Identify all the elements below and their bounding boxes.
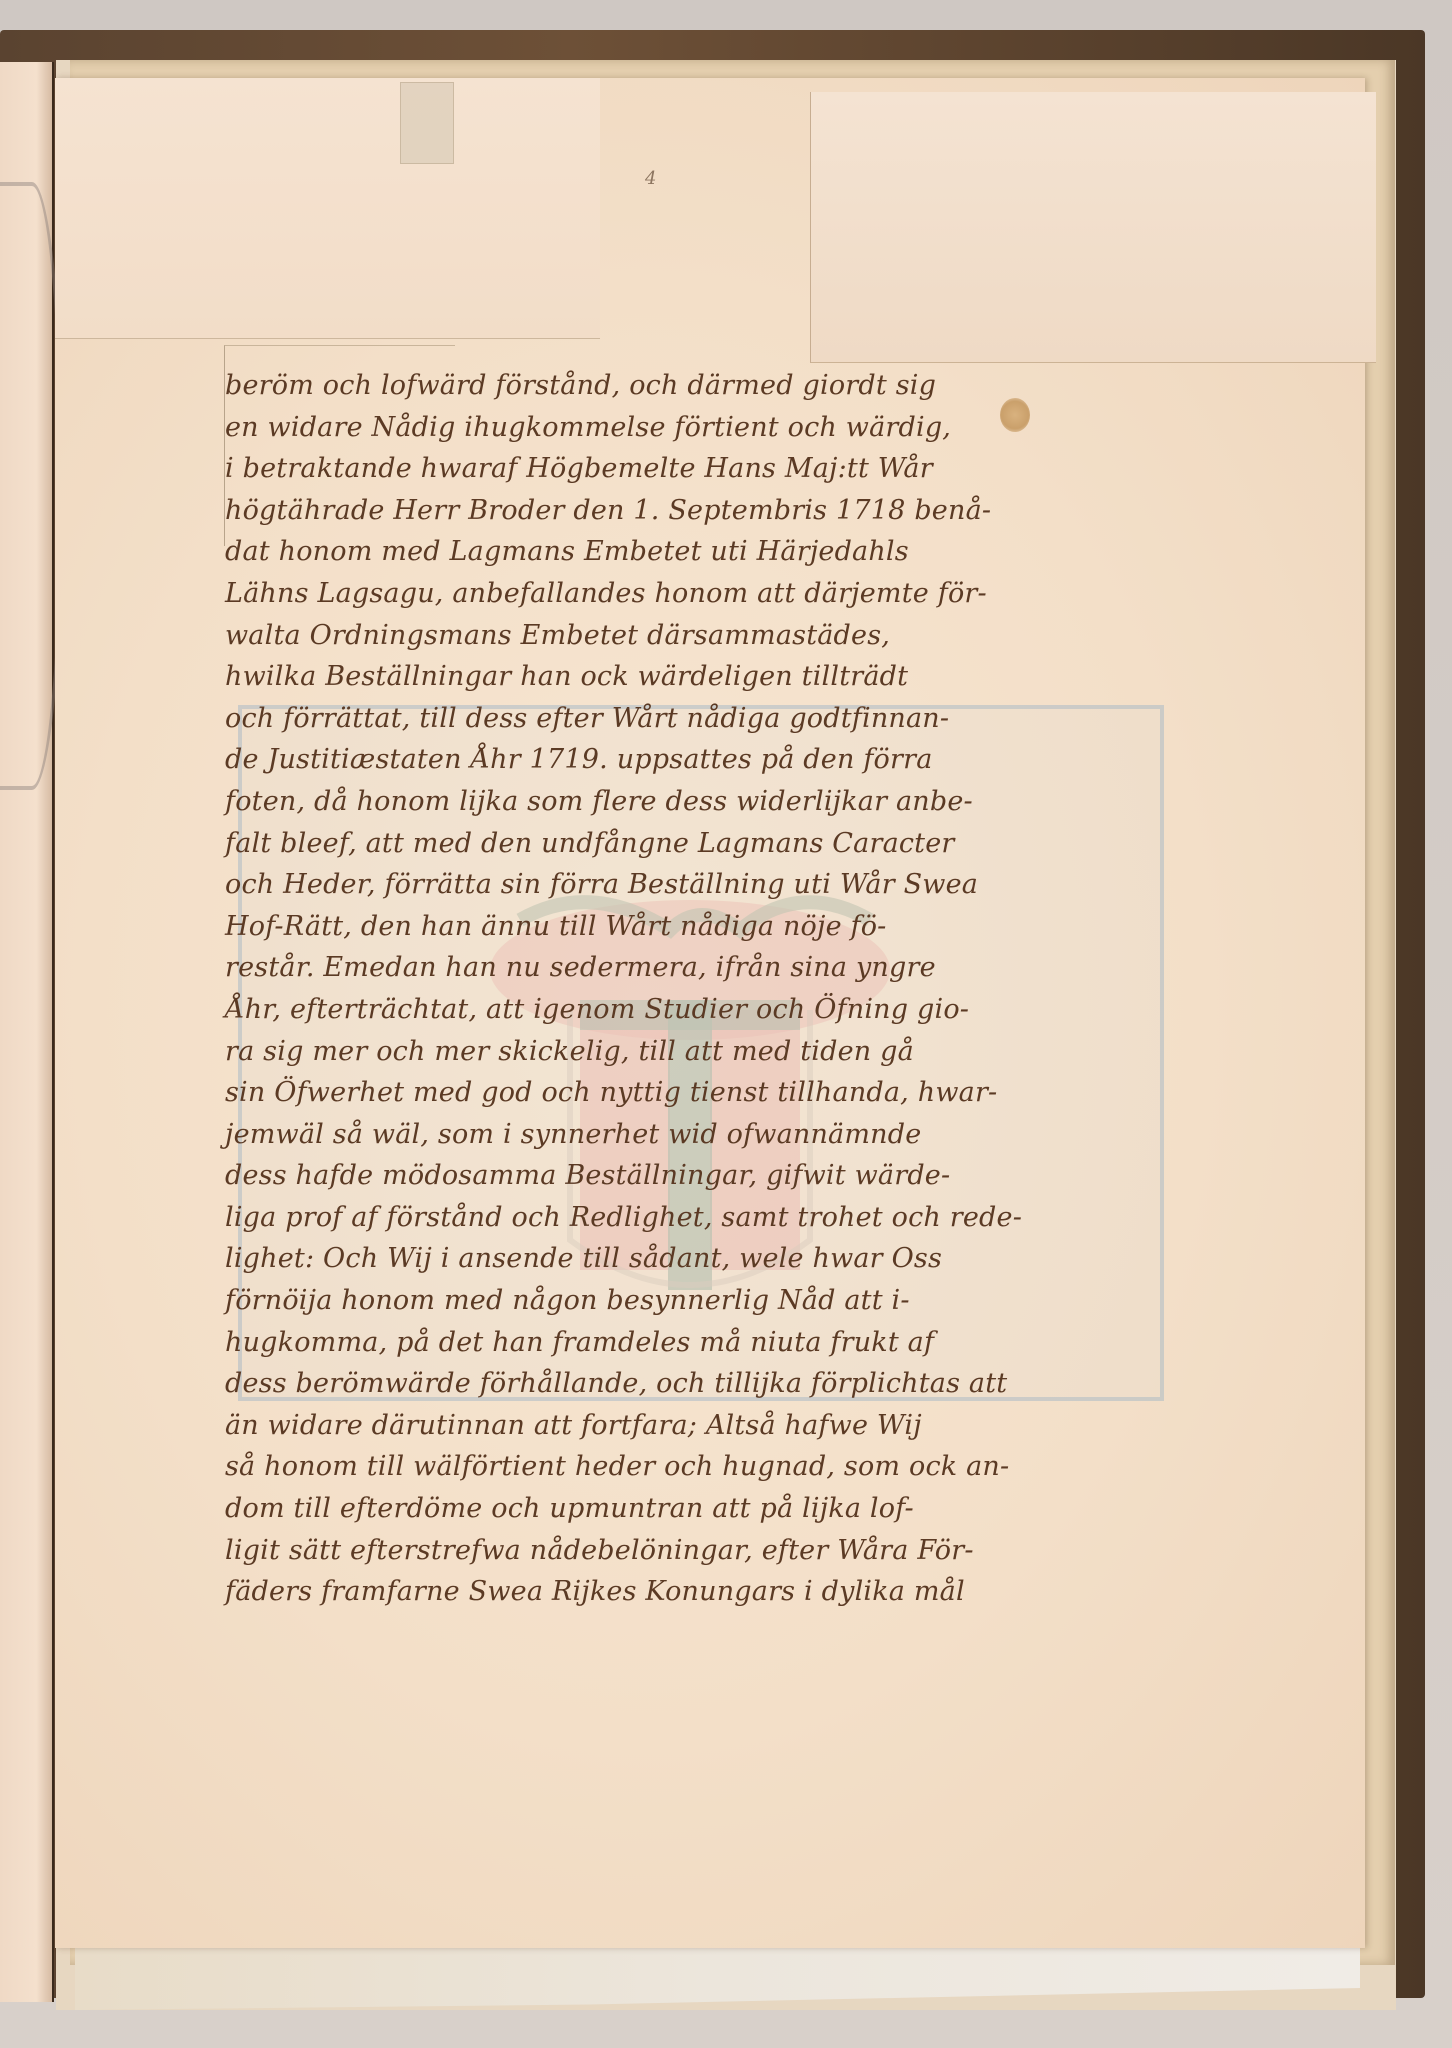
- text-line: förnöija honom med någon besynnerlig Nåd…: [225, 1280, 1165, 1322]
- text-line: restår. Emedan han nu sedermera, ifrån s…: [225, 947, 1165, 989]
- text-line: dat honom med Lagmans Embetet uti Härjed…: [225, 531, 1165, 573]
- text-line: dess hafde mödosamma Beställningar, gifw…: [225, 1155, 1165, 1197]
- text-line: jemwäl så wäl, som i synnerhet wid ofwan…: [225, 1114, 1165, 1156]
- text-line: liga prof af förstånd och Redlighet, sam…: [225, 1197, 1165, 1239]
- text-line: Hof-Rätt, den han ännu till Wårt nådiga …: [225, 906, 1165, 948]
- repair-tape: [400, 82, 454, 164]
- text-line: de Justitiæstaten Åhr 1719. uppsattes på…: [225, 739, 1165, 781]
- text-line: dom till efterdöme och upmuntran att på …: [225, 1488, 1165, 1530]
- text-line: foten, då honom lijka som flere dess wid…: [225, 781, 1165, 823]
- manuscript-text: beröm och lofwärd förstånd, och därmed g…: [225, 365, 1165, 1613]
- text-line: Åhr, efterträchtat, att igenom Studier o…: [225, 989, 1165, 1031]
- text-line: falt bleef, att med den undfångne Lagman…: [225, 823, 1165, 865]
- pasted-flap-right: [810, 92, 1376, 363]
- text-line: än widare därutinnan att fortfara; Altså…: [225, 1405, 1165, 1447]
- text-line: högtährade Herr Broder den 1. Septembris…: [225, 490, 1165, 532]
- text-line: sin Öfwerhet med god och nyttig tienst t…: [225, 1072, 1165, 1114]
- text-line: walta Ordningsmans Embetet därsammastäde…: [225, 615, 1165, 657]
- text-line: i betraktande hwaraf Högbemelte Hans Maj…: [225, 448, 1165, 490]
- text-line: ligit sätt efterstrefwa nådebelöningar, …: [225, 1530, 1165, 1572]
- left-facing-page: [0, 62, 54, 2002]
- text-line: dess berömwärde förhållande, och tillijk…: [225, 1363, 1165, 1405]
- text-line: fäders framfarne Swea Rijkes Konungars i…: [225, 1571, 1165, 1613]
- text-line: och förrättat, till dess efter Wårt nådi…: [225, 698, 1165, 740]
- text-line: så honom till wälförtient heder och hugn…: [225, 1446, 1165, 1488]
- text-line: lighet: Och Wij i ansende till sådant, w…: [225, 1238, 1165, 1280]
- text-line: en widare Nådig ihugkommelse förtient oc…: [225, 407, 1165, 449]
- page-number: 4: [645, 168, 656, 189]
- text-line: hwilka Beställningar han ock wärdeligen …: [225, 656, 1165, 698]
- pasted-flap-left: [55, 78, 600, 339]
- text-line: ra sig mer och mer skickelig, till att m…: [225, 1031, 1165, 1073]
- text-line: Lähns Lagsagu, anbefallandes honom att d…: [225, 573, 1165, 615]
- text-line: hugkomma, på det han framdeles må niuta …: [225, 1322, 1165, 1364]
- text-line: beröm och lofwärd förstånd, och därmed g…: [225, 365, 1165, 407]
- text-line: och Heder, förrätta sin förra Beställnin…: [225, 864, 1165, 906]
